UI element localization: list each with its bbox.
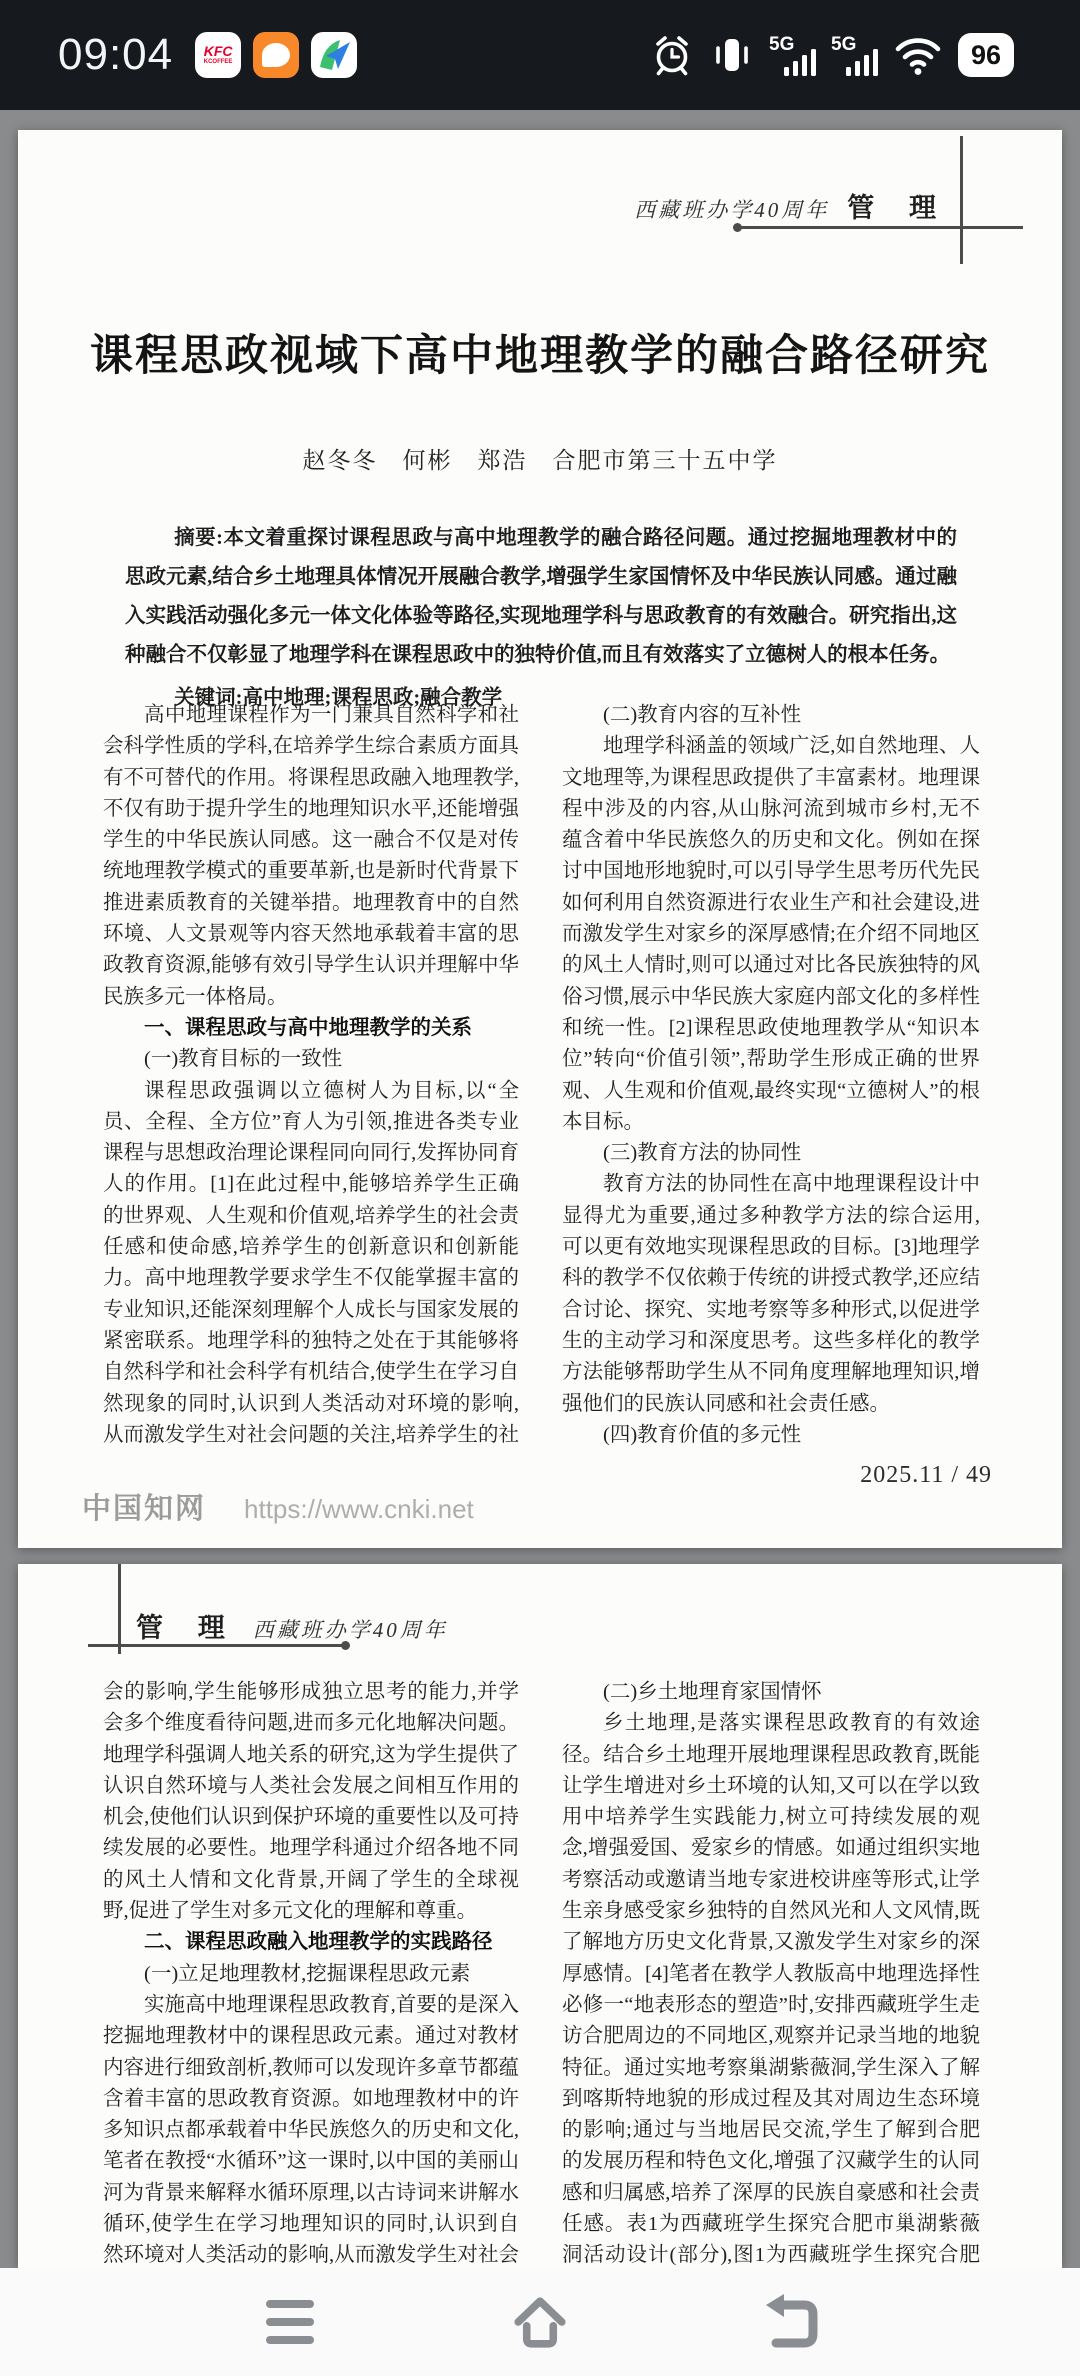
back-button[interactable] xyxy=(754,2290,826,2354)
page1-running-head: 西藏班办学40周年 管 理 xyxy=(634,186,950,225)
section-heading-2: 二、课程思政融入地理教学的实践路径 xyxy=(103,1927,519,1958)
section-heading-1: 一、课程思政与高中地理教学的关系 xyxy=(103,1013,519,1044)
battery-indicator: 96 xyxy=(958,33,1014,77)
back-icon xyxy=(757,2291,823,2353)
recents-icon xyxy=(266,2300,314,2344)
subsection-heading: (四)教育价值的多元性 xyxy=(562,1420,980,1451)
header-vertical-rule xyxy=(960,136,963,264)
home-icon xyxy=(504,2290,576,2354)
cnki-url: https://www.cnki.net xyxy=(244,1494,474,1525)
body-paragraph: 实施高中地理课程思政教育,首要的是深入挖掘地理教材中的课程思政元素。通过对教材内… xyxy=(103,1990,519,2268)
article-title: 课程思政视域下高中地理教学的融合路径研究 xyxy=(18,322,1062,383)
chat-bubble-glyph xyxy=(262,43,290,67)
subsection-heading: (三)教育方法的协同性 xyxy=(562,1138,980,1169)
wifi-icon xyxy=(893,33,943,77)
header-rule-dot xyxy=(341,1641,350,1650)
system-nav-bar xyxy=(0,2268,1080,2376)
page2-left-column: 会的影响,学生能够形成独立思考的能力,并学会多个维度看待问题,进而多元化地解决问… xyxy=(103,1677,519,2268)
body-paragraph: 地理学科在融合课程思政时展现出多元化的教育价值。首先,地理学科有助于培养学生的批… xyxy=(562,1451,980,1454)
header-vertical-rule xyxy=(118,1564,121,1654)
chat-app-icon xyxy=(253,32,299,78)
header-rule xyxy=(737,226,1023,229)
screen: 09:04 KFC KCOFFEE xyxy=(0,0,1080,2376)
recents-button[interactable] xyxy=(254,2290,326,2354)
status-indicators: 5G 5G xyxy=(649,0,1014,110)
alarm-icon xyxy=(649,32,695,78)
cnki-footer: 中国知网 https://www.cnki.net xyxy=(82,1486,474,1527)
body-paragraph: 会的影响,学生能够形成独立思考的能力,并学会多个维度看待问题,进而多元化地解决问… xyxy=(103,1677,519,1927)
paper-plane-glyph xyxy=(311,32,357,78)
running-head-script: 西藏班办学40周年 xyxy=(634,198,829,222)
running-head-label: 管 理 xyxy=(136,1613,239,1643)
cnki-logo-text: 中国知网 xyxy=(82,1486,206,1527)
subsection-heading: (一)立足地理教材,挖掘课程思政元素 xyxy=(103,1959,519,1990)
page1-left-column: 高中地理课程作为一门兼具自然科学和社会科学性质的学科,在培养学生综合素质方面具有… xyxy=(103,700,519,1454)
body-paragraph: 教育方法的协同性在高中地理课程设计中显得尤为重要,通过多种教学方法的综合运用,可… xyxy=(562,1169,980,1419)
kfc-app-icon: KFC KCOFFEE xyxy=(195,32,241,78)
subsection-heading: (二)教育内容的互补性 xyxy=(562,700,980,731)
maps-app-icon xyxy=(311,32,357,78)
notification-app-icons: KFC KCOFFEE xyxy=(195,32,357,78)
running-head-label: 管 理 xyxy=(847,193,950,223)
subsection-heading: (一)教育目标的一致性 xyxy=(103,1044,519,1075)
header-rule xyxy=(88,1644,346,1647)
body-paragraph: 高中地理课程作为一门兼具自然科学和社会科学性质的学科,在培养学生综合素质方面具有… xyxy=(103,700,519,1013)
home-button[interactable] xyxy=(504,2290,576,2354)
article-authors: 赵冬冬 何彬 郑浩 合肥市第三十五中学 xyxy=(18,442,1062,475)
abstract-text: 本文着重探讨课程思政与高中地理教学的融合路径问题。通过挖掘地理教材中的思政元素,… xyxy=(125,527,957,666)
body-paragraph: 乡土地理,是落实课程思政教育的有效途径。结合乡土地理开展地理课程思政教育,既能让… xyxy=(562,1708,980,2268)
signal-5g-icon: 5G xyxy=(769,32,816,78)
document-page-1[interactable]: 西藏班办学40周年 管 理 课程思政视域下高中地理教学的融合路径研究 赵冬冬 何… xyxy=(18,130,1062,1548)
status-time: 09:04 xyxy=(58,30,173,80)
page2-right-column: (二)乡土地理育家国情怀 乡土地理,是落实课程思政教育的有效途径。结合乡土地理开… xyxy=(562,1677,980,2268)
page-number: 2025.11 / 49 xyxy=(860,1462,992,1489)
document-page-2[interactable]: 管 理 西藏班办学40周年 会的影响,学生能够形成独立思考的能力,并学会多个维度… xyxy=(18,1564,1062,2268)
abstract-paragraph: 摘要:本文着重探讨课程思政与高中地理教学的融合路径问题。通过挖掘地理教材中的思政… xyxy=(125,519,957,675)
vibrate-icon xyxy=(710,32,754,78)
header-rule-dot xyxy=(733,223,742,232)
signal-5g-icon-2: 5G xyxy=(831,32,878,78)
abstract-label: 摘要: xyxy=(174,527,223,549)
body-paragraph: 课程思政强调以立德树人为目标,以“全员、全程、全方位”育人为引领,推进各类专业课… xyxy=(103,1076,519,1454)
status-bar: 09:04 KFC KCOFFEE xyxy=(0,0,1080,110)
subsection-heading: (二)乡土地理育家国情怀 xyxy=(562,1677,980,1708)
body-paragraph: 地理学科涵盖的领域广泛,如自然地理、人文地理等,为课程思政提供了丰富素材。地理课… xyxy=(562,731,980,1138)
page2-running-head: 管 理 西藏班办学40周年 xyxy=(136,1606,448,1645)
running-head-script: 西藏班办学40周年 xyxy=(253,1618,448,1642)
page1-right-column: (二)教育内容的互补性 地理学科涵盖的领域广泛,如自然地理、人文地理等,为课程思… xyxy=(562,700,980,1454)
